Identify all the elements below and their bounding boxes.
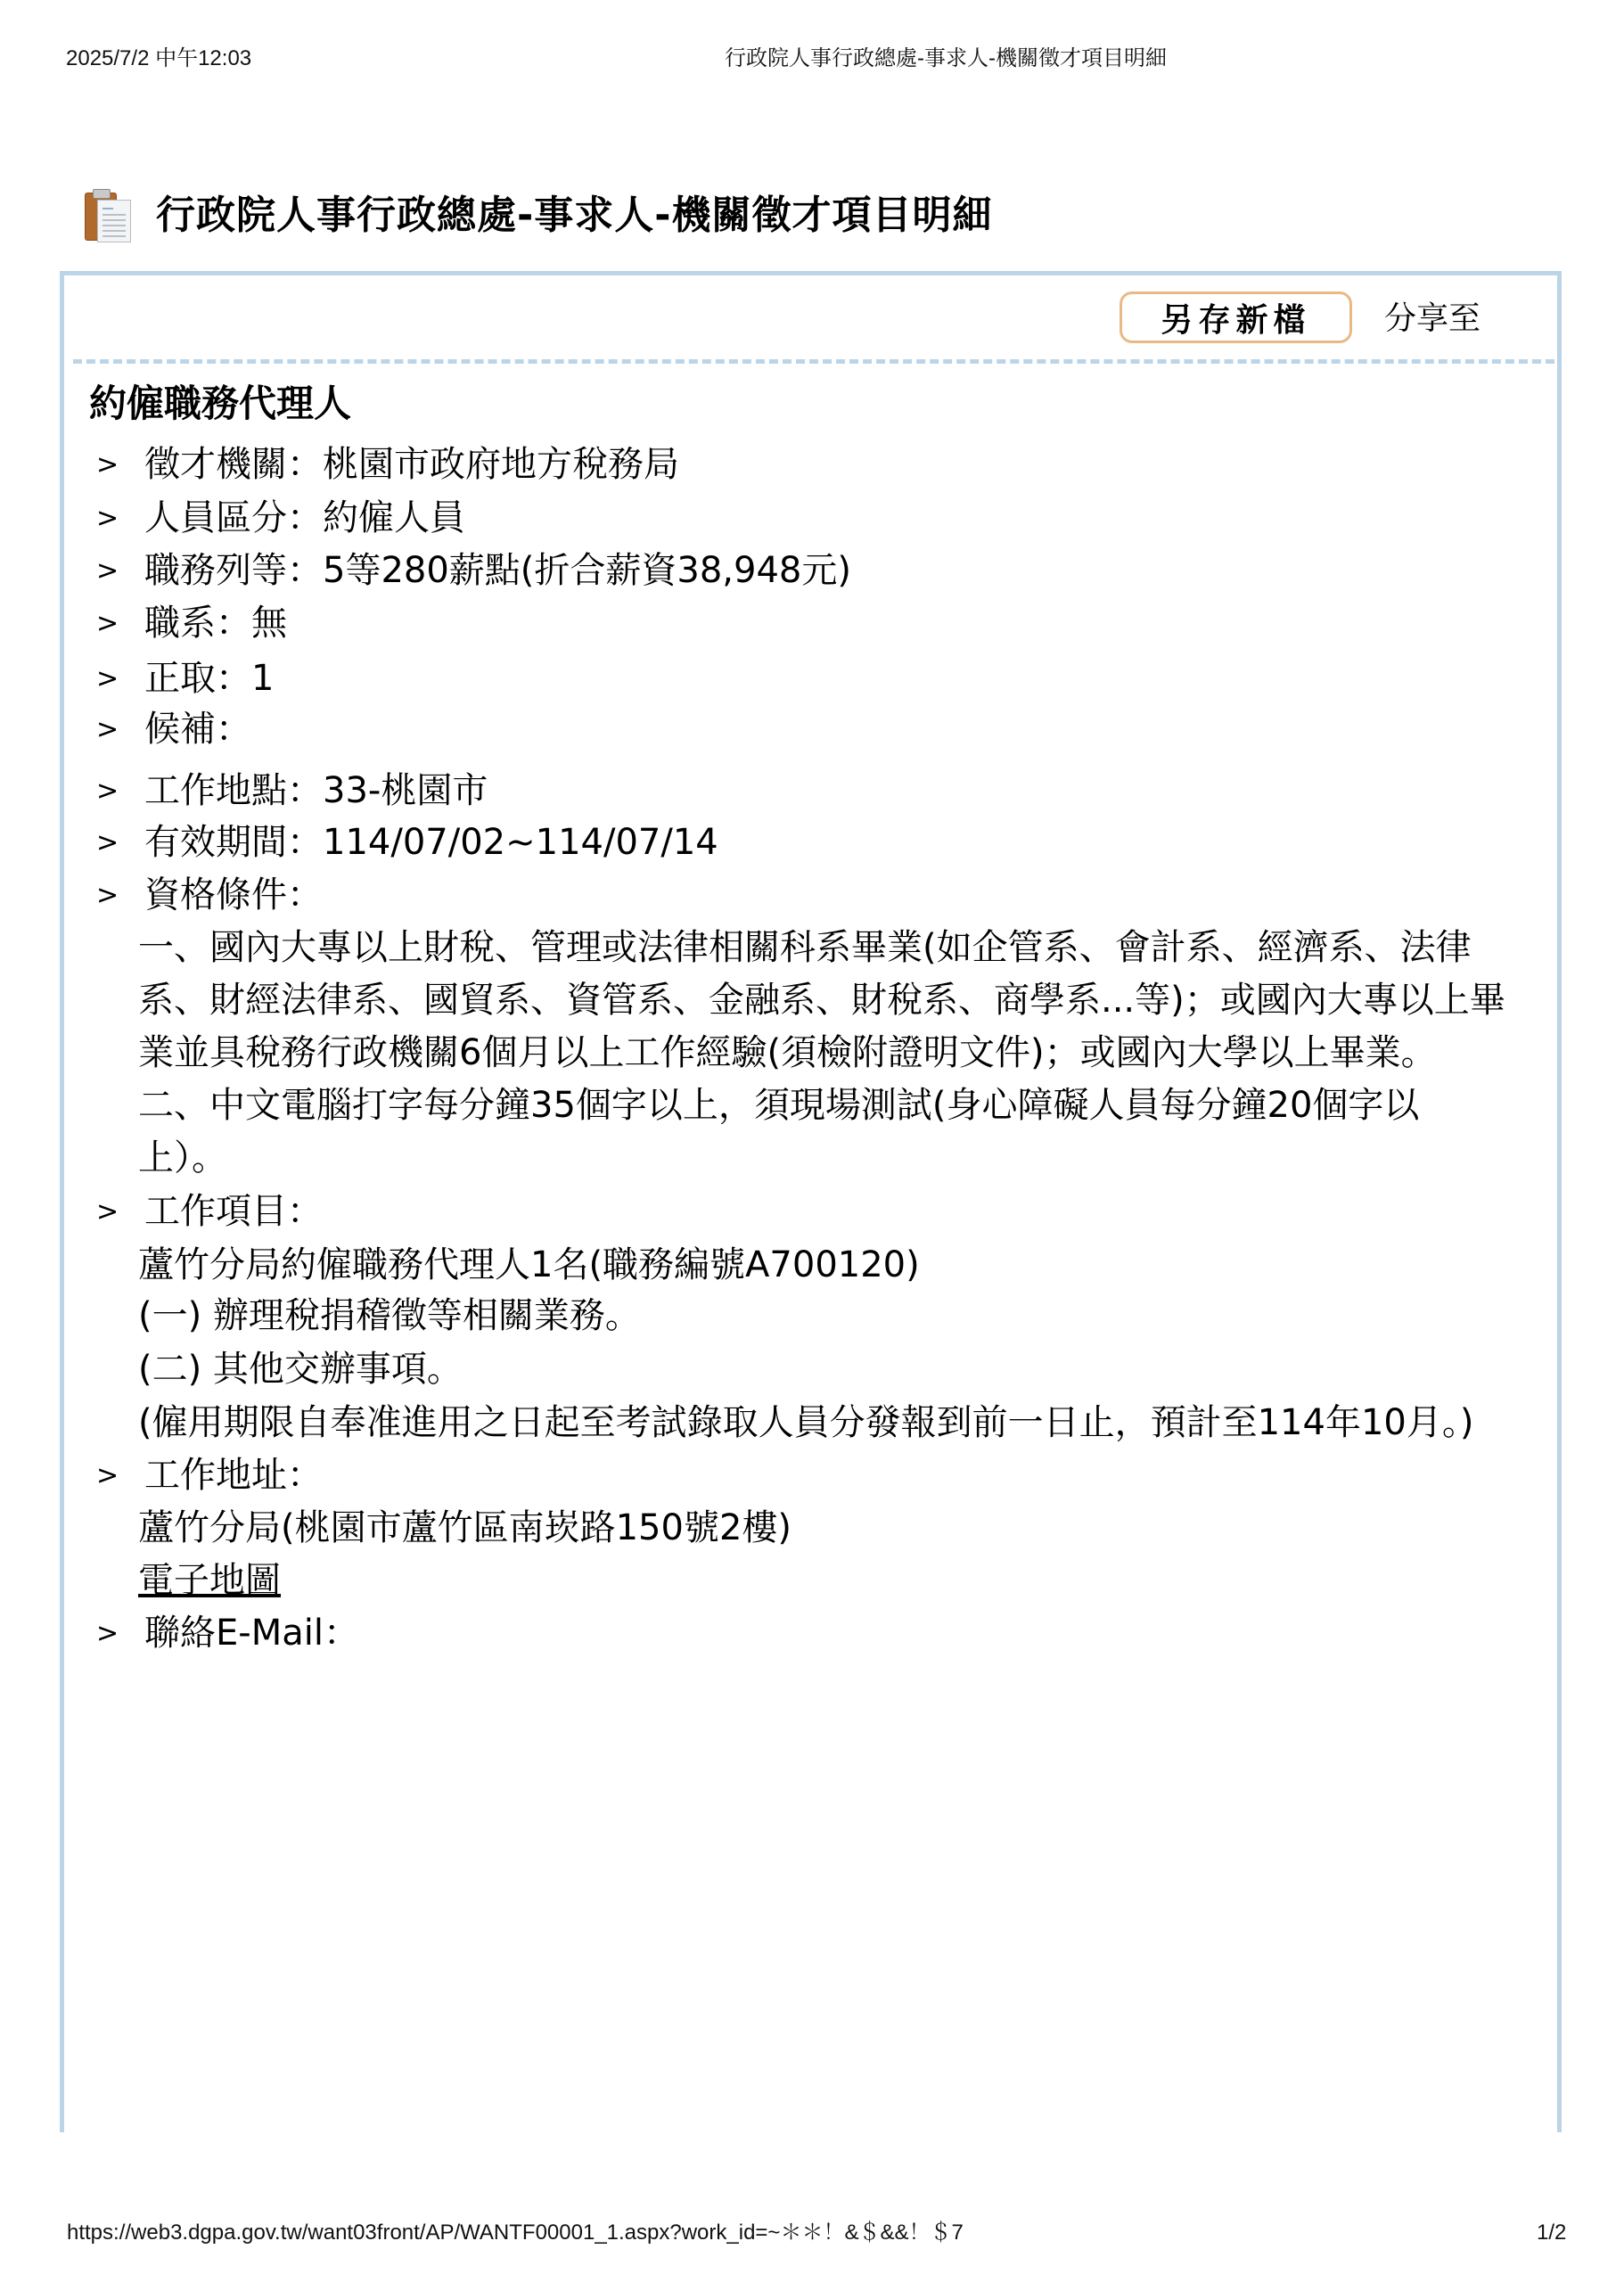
field-label: 資格條件： (144, 874, 323, 915)
save-as-button[interactable]: 另存新檔 (1120, 291, 1352, 343)
field-label: 職系： (144, 603, 251, 644)
chevron-right-icon: > (96, 1449, 118, 1502)
field-value: 1 (251, 658, 274, 699)
field-label: 工作地址： (144, 1455, 323, 1496)
print-datetime: 2025/7/2 中午12:03 (66, 45, 251, 73)
field-label: 徵才機關： (144, 444, 323, 485)
field-label: 正取： (144, 658, 251, 699)
chevron-right-icon: > (96, 597, 118, 650)
chevron-right-icon: > (96, 439, 118, 491)
chevron-right-icon: > (96, 703, 118, 756)
chevron-right-icon: > (96, 1186, 118, 1238)
field-label: 人員區分： (144, 497, 323, 538)
print-header-title: 行政院人事行政總處-事求人-機關徵才項目明細 (725, 45, 1167, 73)
field-label: 候補： (144, 709, 251, 750)
field-value: 114/07/02~114/07/14 (323, 822, 718, 863)
field-label: 有效期間： (144, 822, 323, 863)
job-title: 約僱職務代理人 (89, 379, 351, 429)
map-link[interactable]: 電子地圖 (138, 1555, 281, 1607)
dashed-divider (73, 359, 1554, 364)
page-title-bar: 行政院人事行政總處-事求人-機關徵才項目明細 (85, 187, 993, 244)
chevron-right-icon: > (96, 653, 118, 705)
chevron-right-icon: > (96, 1607, 118, 1660)
chevron-right-icon: > (96, 817, 118, 869)
field-label: 工作項目： (144, 1191, 323, 1232)
chevron-right-icon: > (96, 869, 118, 922)
field-value: 5等280薪點(折合薪資38,948元) (323, 550, 851, 591)
field-value: 無 (251, 603, 287, 644)
field-value: 約僱人員 (323, 497, 465, 538)
field-label: 職務列等： (144, 550, 323, 591)
print-page-number: 1/2 (1537, 2219, 1566, 2247)
chevron-right-icon: > (96, 545, 118, 597)
field-value: 33-桃園市 (323, 770, 488, 811)
clipboard-icon (85, 189, 133, 242)
print-footer-url: https://web3.dgpa.gov.tw/want03front/AP/… (67, 2219, 964, 2247)
chevron-right-icon: > (96, 492, 118, 545)
field-label: 聯絡E-Mail： (144, 1613, 359, 1654)
chevron-right-icon: > (96, 765, 118, 817)
page-title: 行政院人事行政總處-事求人-機關徵才項目明細 (156, 189, 993, 242)
share-to-link[interactable]: 分享至 (1384, 298, 1480, 341)
field-value: 桃園市政府地方稅務局 (323, 444, 679, 485)
field-label: 工作地點： (144, 770, 323, 811)
